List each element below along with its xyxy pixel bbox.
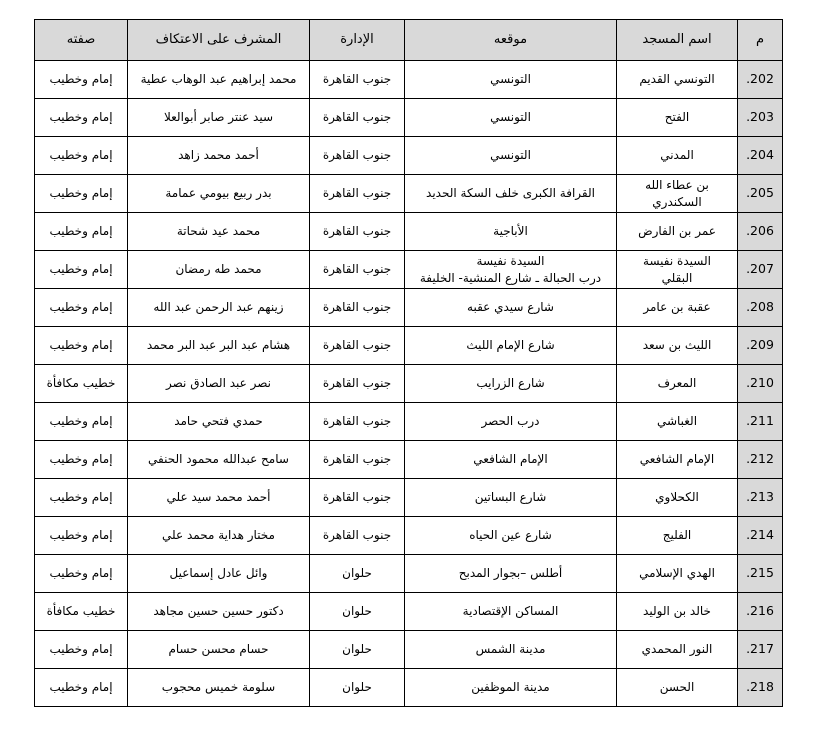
cell-admin: جنوب القاهرة <box>310 61 405 99</box>
table-row: .202التونسي القديمالتونسيجنوب القاهرةمحم… <box>35 61 783 99</box>
table-row: .209الليث بن سعدشارع الإمام الليثجنوب ال… <box>35 327 783 365</box>
cell-num: .218 <box>738 669 783 707</box>
cell-mosque: الحسن <box>617 669 738 707</box>
cell-supervisor: وائل عادل إسماعيل <box>128 555 310 593</box>
table-row: .208عقبة بن عامرشارع سيدي عقبهجنوب القاه… <box>35 289 783 327</box>
cell-location: مدينة الموظفين <box>405 669 617 707</box>
header-cell-location: موقعه <box>405 20 617 61</box>
cell-mosque: النور المحمدي <box>617 631 738 669</box>
cell-role: إمام وخطيب <box>35 99 128 137</box>
cell-location: التونسي <box>405 99 617 137</box>
cell-mosque: عمر بن الفارض <box>617 213 738 251</box>
cell-num: .205 <box>738 175 783 213</box>
cell-admin: جنوب القاهرة <box>310 175 405 213</box>
cell-mosque: الهدي الإسلامي <box>617 555 738 593</box>
cell-admin: جنوب القاهرة <box>310 479 405 517</box>
table-row: .210المعرفشارع الزرايبجنوب القاهرةنصر عب… <box>35 365 783 403</box>
cell-role: إمام وخطيب <box>35 327 128 365</box>
cell-num: .215 <box>738 555 783 593</box>
cell-admin: جنوب القاهرة <box>310 251 405 289</box>
cell-location: أطلس –بجوار المدبح <box>405 555 617 593</box>
table-row: .204المدنيالتونسيجنوب القاهرةأحمد محمد ز… <box>35 137 783 175</box>
table-row: .217النور المحمديمدينة الشمسحلوانحسام مح… <box>35 631 783 669</box>
cell-admin: جنوب القاهرة <box>310 137 405 175</box>
cell-admin: حلوان <box>310 593 405 631</box>
cell-num: .212 <box>738 441 783 479</box>
cell-role: خطيب مكافأة <box>35 365 128 403</box>
cell-supervisor: أحمد محمد سيد علي <box>128 479 310 517</box>
cell-admin: جنوب القاهرة <box>310 403 405 441</box>
cell-supervisor: أحمد محمد زاهد <box>128 137 310 175</box>
cell-mosque: التونسي القديم <box>617 61 738 99</box>
cell-role: إمام وخطيب <box>35 289 128 327</box>
cell-mosque: الكحلاوي <box>617 479 738 517</box>
cell-location: شارع البساتين <box>405 479 617 517</box>
table-row: .211الغباشيدرب الحصرجنوب القاهرةحمدي فتح… <box>35 403 783 441</box>
header-cell-supervisor: المشرف على الاعتكاف <box>128 20 310 61</box>
cell-role: إمام وخطيب <box>35 669 128 707</box>
cell-location: التونسي <box>405 137 617 175</box>
cell-location: شارع سيدي عقبه <box>405 289 617 327</box>
cell-supervisor: هشام عبد البر عبد البر محمد <box>128 327 310 365</box>
cell-mosque: الفليج <box>617 517 738 555</box>
cell-location: الأباجية <box>405 213 617 251</box>
table-row: .218الحسنمدينة الموظفينحلوانسلومة خميس م… <box>35 669 783 707</box>
cell-mosque: الإمام الشافعي <box>617 441 738 479</box>
cell-mosque: الليث بن سعد <box>617 327 738 365</box>
cell-supervisor: مختار هداية محمد علي <box>128 517 310 555</box>
cell-location: الإمام الشافعي <box>405 441 617 479</box>
header-cell-num: م <box>738 20 783 61</box>
cell-num: .209 <box>738 327 783 365</box>
cell-admin: حلوان <box>310 631 405 669</box>
cell-location: التونسي <box>405 61 617 99</box>
cell-num: .203 <box>738 99 783 137</box>
cell-supervisor: محمد إبراهيم عبد الوهاب عطية <box>128 61 310 99</box>
table-row: .214الفليجشارع عين الحياهجنوب القاهرةمخت… <box>35 517 783 555</box>
cell-num: .207 <box>738 251 783 289</box>
cell-role: خطيب مكافأة <box>35 593 128 631</box>
header-cell-admin: الإدارة <box>310 20 405 61</box>
cell-admin: حلوان <box>310 555 405 593</box>
table-header: م اسم المسجد موقعه الإدارة المشرف على ال… <box>35 20 783 61</box>
cell-num: .204 <box>738 137 783 175</box>
header-cell-role: صفته <box>35 20 128 61</box>
cell-mosque: السيدة نفيسة البقلي <box>617 251 738 289</box>
table-row: .207السيدة نفيسة البقليالسيدة نفيسة درب … <box>35 251 783 289</box>
cell-role: إمام وخطيب <box>35 403 128 441</box>
cell-admin: جنوب القاهرة <box>310 365 405 403</box>
cell-supervisor: زينهم عبد الرحمن عبد الله <box>128 289 310 327</box>
cell-num: .214 <box>738 517 783 555</box>
table-row: .205بن عطاء الله السكندريالقرافة الكبرى … <box>35 175 783 213</box>
table-row: .206عمر بن الفارضالأباجيةجنوب القاهرةمحم… <box>35 213 783 251</box>
cell-num: .202 <box>738 61 783 99</box>
cell-mosque: عقبة بن عامر <box>617 289 738 327</box>
cell-mosque: المعرف <box>617 365 738 403</box>
cell-num: .216 <box>738 593 783 631</box>
cell-supervisor: سامح عبدالله محمود الحنفي <box>128 441 310 479</box>
cell-supervisor: بدر ربيع بيومي عمامة <box>128 175 310 213</box>
cell-num: .210 <box>738 365 783 403</box>
cell-role: إمام وخطيب <box>35 631 128 669</box>
cell-role: إمام وخطيب <box>35 479 128 517</box>
cell-location: درب الحصر <box>405 403 617 441</box>
cell-admin: جنوب القاهرة <box>310 517 405 555</box>
cell-admin: حلوان <box>310 669 405 707</box>
cell-admin: جنوب القاهرة <box>310 99 405 137</box>
cell-num: .211 <box>738 403 783 441</box>
cell-role: إمام وخطيب <box>35 175 128 213</box>
cell-supervisor: سلومة خميس محجوب <box>128 669 310 707</box>
cell-mosque: الغباشي <box>617 403 738 441</box>
cell-location: مدينة الشمس <box>405 631 617 669</box>
cell-supervisor: سيد عنتر صابر أبوالعلا <box>128 99 310 137</box>
cell-location: القرافة الكبرى خلف السكة الحديد <box>405 175 617 213</box>
cell-role: إمام وخطيب <box>35 517 128 555</box>
cell-role: إمام وخطيب <box>35 61 128 99</box>
cell-location: المساكن الإقتصادية <box>405 593 617 631</box>
cell-supervisor: حمدي فتحي حامد <box>128 403 310 441</box>
document-page: م اسم المسجد موقعه الإدارة المشرف على ال… <box>0 0 828 738</box>
cell-location: السيدة نفيسة درب الحبالة ـ شارع المنشية-… <box>405 251 617 289</box>
cell-mosque: المدني <box>617 137 738 175</box>
table-row: .212الإمام الشافعيالإمام الشافعيجنوب الق… <box>35 441 783 479</box>
cell-num: .206 <box>738 213 783 251</box>
table-row: .215الهدي الإسلاميأطلس –بجوار المدبححلوا… <box>35 555 783 593</box>
cell-admin: جنوب القاهرة <box>310 213 405 251</box>
cell-mosque: الفتح <box>617 99 738 137</box>
cell-role: إمام وخطيب <box>35 555 128 593</box>
cell-admin: جنوب القاهرة <box>310 289 405 327</box>
cell-admin: جنوب القاهرة <box>310 441 405 479</box>
cell-supervisor: حسام محسن حسام <box>128 631 310 669</box>
table-row: .213الكحلاويشارع البساتينجنوب القاهرةأحم… <box>35 479 783 517</box>
table-row: .216خالد بن الوليدالمساكن الإقتصاديةحلوا… <box>35 593 783 631</box>
cell-supervisor: دكتور حسين حسين مجاهد <box>128 593 310 631</box>
cell-location: شارع عين الحياه <box>405 517 617 555</box>
cell-num: .208 <box>738 289 783 327</box>
cell-supervisor: محمد عيد شحاتة <box>128 213 310 251</box>
cell-role: إمام وخطيب <box>35 137 128 175</box>
cell-admin: جنوب القاهرة <box>310 327 405 365</box>
cell-location: شارع الزرايب <box>405 365 617 403</box>
cell-role: إمام وخطيب <box>35 213 128 251</box>
header-cell-mosque: اسم المسجد <box>617 20 738 61</box>
cell-supervisor: نصر عبد الصادق نصر <box>128 365 310 403</box>
cell-num: .213 <box>738 479 783 517</box>
cell-supervisor: محمد طه رمضان <box>128 251 310 289</box>
cell-num: .217 <box>738 631 783 669</box>
mosque-table: م اسم المسجد موقعه الإدارة المشرف على ال… <box>34 19 783 707</box>
table-body: .202التونسي القديمالتونسيجنوب القاهرةمحم… <box>35 61 783 707</box>
table-row: .203الفتحالتونسيجنوب القاهرةسيد عنتر صاب… <box>35 99 783 137</box>
cell-mosque: خالد بن الوليد <box>617 593 738 631</box>
header-row: م اسم المسجد موقعه الإدارة المشرف على ال… <box>35 20 783 61</box>
cell-role: إمام وخطيب <box>35 441 128 479</box>
cell-role: إمام وخطيب <box>35 251 128 289</box>
cell-location: شارع الإمام الليث <box>405 327 617 365</box>
cell-mosque: بن عطاء الله السكندري <box>617 175 738 213</box>
